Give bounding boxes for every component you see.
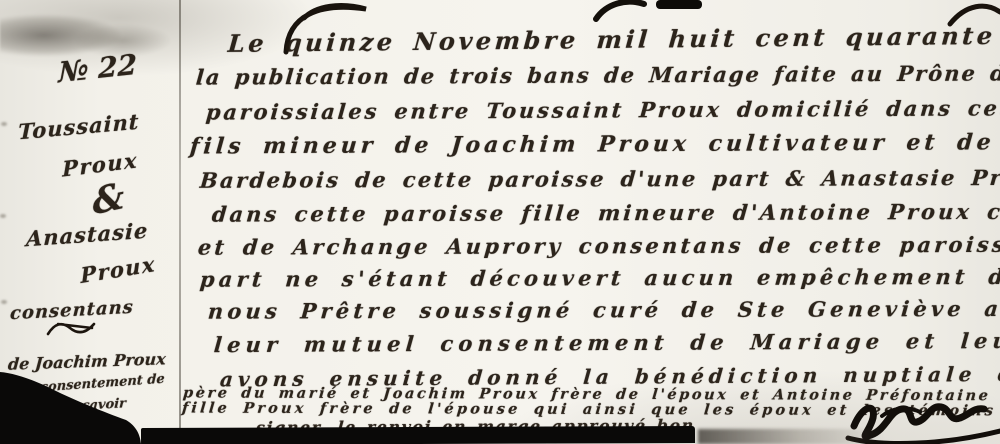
margin-groom-first-name: Toussaint <box>18 109 140 145</box>
paper-speck <box>1 300 7 304</box>
margin-bride-first-name: Anastasie <box>26 218 149 252</box>
margin-record-number: № 22 <box>58 48 137 89</box>
paper-speck <box>1 122 7 126</box>
paper-speck <box>0 214 6 218</box>
scan-black-bar-bottom <box>141 426 695 444</box>
register-line: et de Archange Auprory consentans de cet… <box>197 231 1000 259</box>
register-line: nous Prêtre soussigné curé de Ste Genevi… <box>207 295 1000 323</box>
margin-paraph-scribble <box>44 316 114 342</box>
register-line: dans cette paroisse fille mineure d'Anto… <box>211 198 1000 226</box>
register-line: fils mineur de Joachim Proux cultivateur… <box>189 128 1000 159</box>
manuscript-page: № 22 Toussaint Proux & Anastasie Proux c… <box>0 0 1000 444</box>
margin-bride-surname: Proux <box>80 251 157 288</box>
margin-groom-surname: Proux <box>62 147 138 181</box>
register-line: Bardebois de cette paroisse d'une part &… <box>199 164 1000 193</box>
ink-blot-bottom-left <box>0 364 150 444</box>
margin-ampersand: & <box>90 175 126 224</box>
register-line: leur mutuel consentement de Mariage et l… <box>213 328 1000 357</box>
register-line: la publication de trois bans de Mariage … <box>195 59 1000 89</box>
register-line: paroissiales entre Toussaint Proux domic… <box>205 94 1000 124</box>
register-line: part ne s'étant découvert aucun empêchem… <box>199 263 1000 291</box>
scan-smudge-bottom-right <box>698 429 883 444</box>
